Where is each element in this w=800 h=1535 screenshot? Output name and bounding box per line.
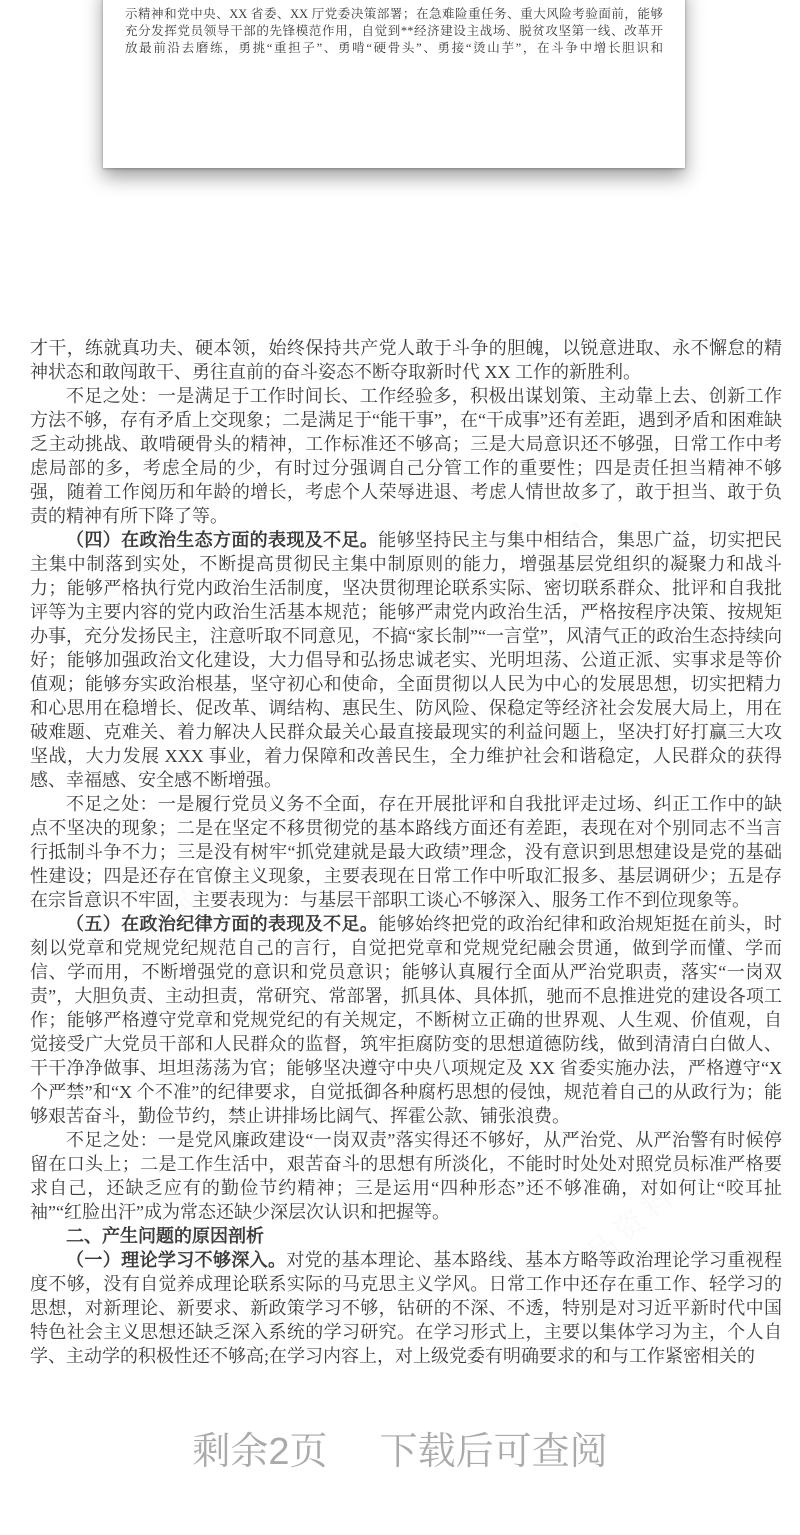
- paragraph: 二、产生问题的原因剖析: [30, 1224, 782, 1248]
- document-body: 才干，练就真功夫、硬本领，始终保持共产党人敢于斗争的胆魄，以锐意进取、永不懈怠的…: [30, 336, 782, 1368]
- preview-text-line: 放最前沿去磨练，勇挑“重担子”、勇啃“硬骨头”、勇接“烫山芋”，在斗争中增长胆识…: [125, 40, 663, 57]
- paragraph: （五）在政治纪律方面的表现及不足。能够始终把党的政治纪律和政治规矩挺在前头，时刻…: [30, 912, 782, 1128]
- paragraph: （四）在政治生态方面的表现及不足。能够坚持民主与集中相结合，集思广益，切实把民主…: [30, 528, 782, 792]
- paragraph: （一）理论学习不够深入。对党的基本理论、基本路线、基本方略等政治理论学习重视程度…: [30, 1248, 782, 1368]
- paragraph: 不足之处：一是履行党员义务不全面，存在开展批评和自我批评走过场、纠正工作中的缺点…: [30, 792, 782, 912]
- paragraph-lead: 二、产生问题的原因剖析: [66, 1226, 264, 1246]
- footer-download-hint: 下载后可查阅: [380, 1431, 608, 1473]
- paragraph: 不足之处：一是党风廉政建设“一岗双责”落实得还不够好，从严治党、从严治警有时候停…: [30, 1128, 782, 1224]
- preview-text-line: 示精神和党中央、XX 省委、XX 厅党委决策部署；在急难险重任务、重大风险考验面…: [125, 6, 663, 23]
- page-root: { "page": { "background_color": "#ffffff…: [0, 0, 800, 1535]
- paragraph: 才干，练就真功夫、硬本领，始终保持共产党人敢于斗争的胆魄，以锐意进取、永不懈怠的…: [30, 336, 782, 384]
- footer-remaining-pages: 剩余2页: [192, 1431, 327, 1473]
- preview-text-line: 充分发挥党员领导干部的先锋模范作用，自觉到**经济建设主战场、脱贫攻坚第一线、改…: [125, 23, 663, 40]
- paragraph-lead: （五）在政治纪律方面的表现及不足。: [66, 914, 378, 934]
- footer-download-banner[interactable]: 剩余2页下载后可查阅: [0, 1430, 800, 1478]
- paragraph: 不足之处：一是满足于工作时间长、工作经验多，积极出谋划策、主动靠上去、创新工作方…: [30, 384, 782, 528]
- document-preview-card: 示精神和党中央、XX 省委、XX 厅党委决策部署；在急难险重任务、重大风险考验面…: [103, 0, 685, 168]
- paragraph-lead: （四）在政治生态方面的表现及不足。: [66, 530, 378, 550]
- preview-text-block: 示精神和党中央、XX 省委、XX 厅党委决策部署；在急难险重任务、重大风险考验面…: [103, 0, 685, 57]
- paragraph-lead: （一）理论学习不够深入。: [66, 1250, 286, 1270]
